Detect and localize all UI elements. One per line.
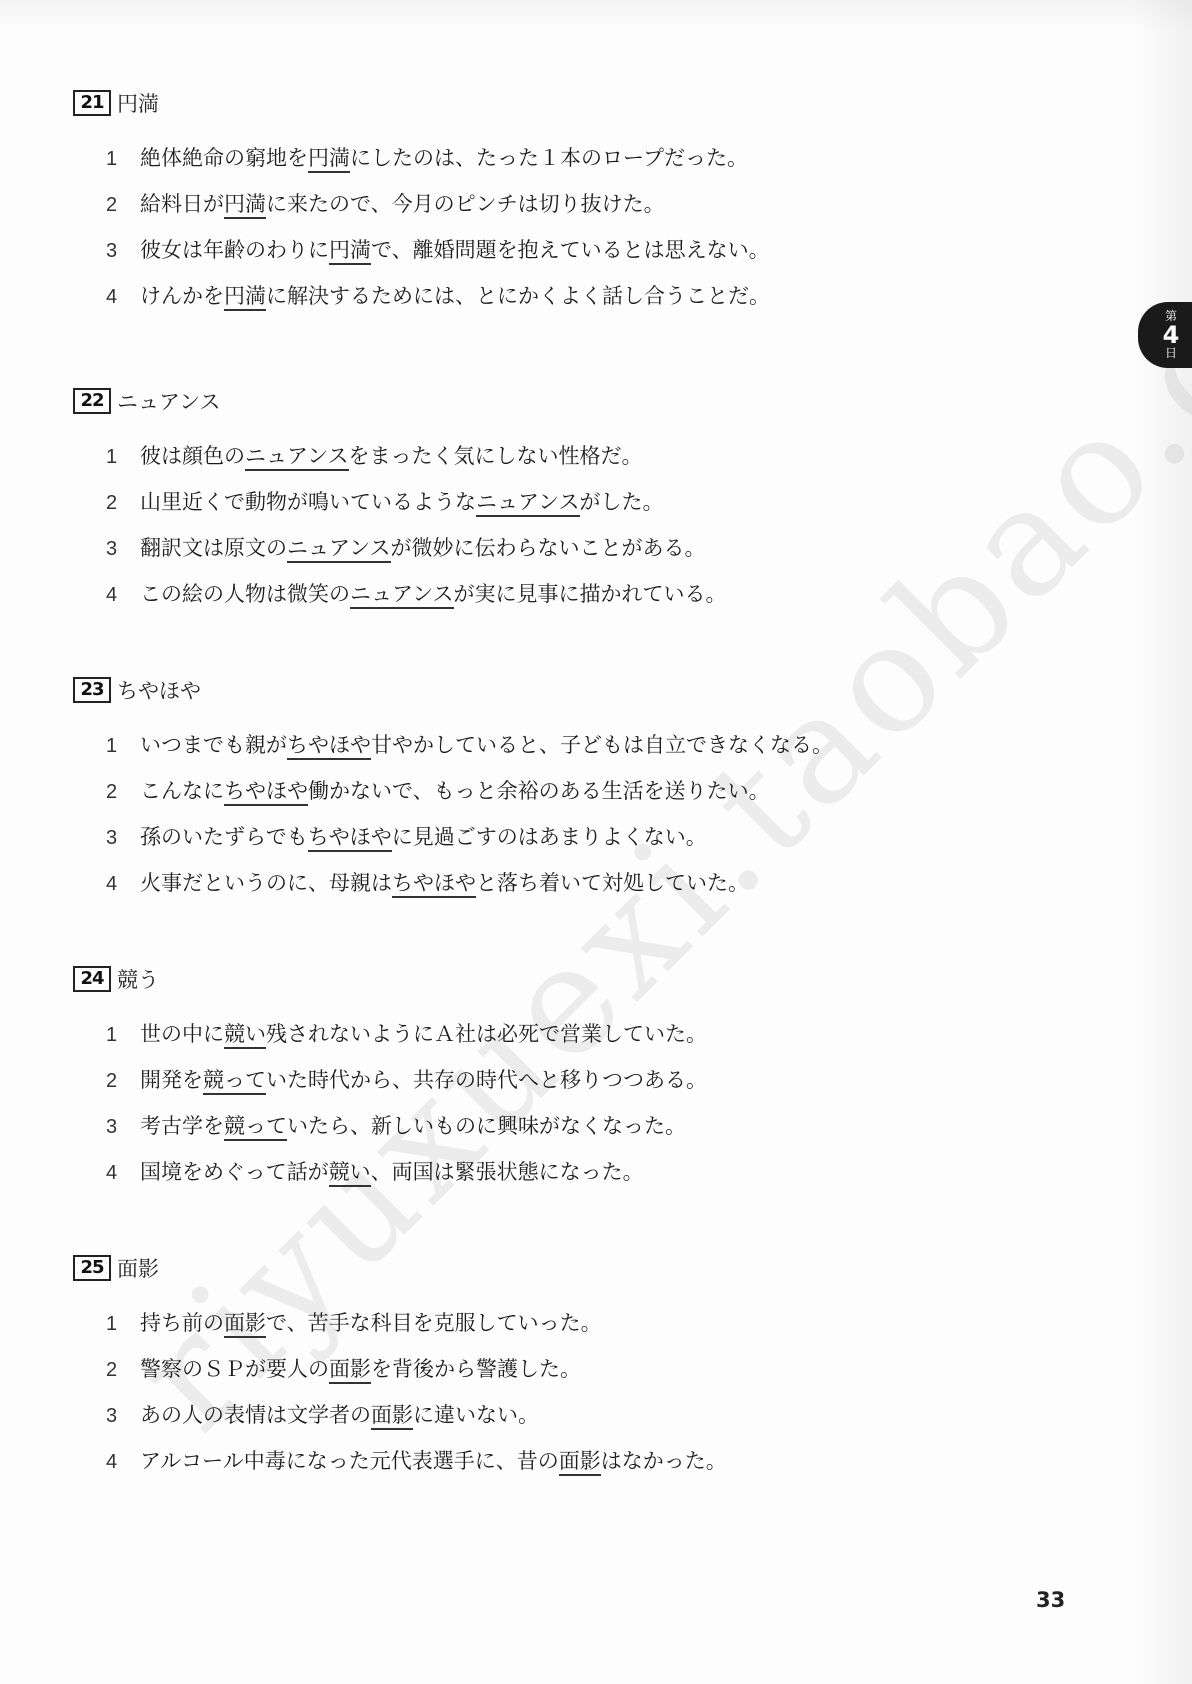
question-header: 24 競う — [73, 964, 1053, 994]
underlined-target: 競い — [329, 1160, 371, 1187]
option-item: 1 絶体絶命の窮地を円満にしたのは、たった１本のロープだった。 — [73, 142, 1053, 188]
option-number: 3 — [106, 1405, 140, 1428]
option-number: 2 — [106, 194, 140, 217]
option-text: 持ち前の面影で、苦手な科目を克服していった。 — [140, 1307, 602, 1337]
option-text: この絵の人物は微笑のニュアンスが実に見事に描かれている。 — [140, 578, 727, 608]
underlined-target: 競い — [224, 1022, 266, 1049]
option-number: 4 — [106, 286, 140, 309]
chapter-tab: 第 4 日 — [1138, 302, 1192, 368]
option-item: 2 山里近くで動物が鳴いているようなニュアンスがした。 — [73, 486, 1053, 532]
option-text: 世の中に競い残されないようにＡ社は必死で営業していた。 — [140, 1018, 707, 1048]
option-text: いつまでも親がちやほや甘やかしていると、子どもは自立できなくなる。 — [140, 729, 833, 759]
option-text: こんなにちやほや働かないで、もっと余裕のある生活を送りたい。 — [140, 775, 770, 805]
underlined-target: ニュアンス — [245, 444, 349, 471]
question-number-box: 22 — [73, 388, 111, 414]
option-text: 開発を競っていた時代から、共存の時代へと移りつつある。 — [140, 1064, 707, 1094]
option-number: 4 — [106, 1162, 140, 1185]
question-word: ちやほや — [117, 675, 201, 705]
option-item: 2 開発を競っていた時代から、共存の時代へと移りつつある。 — [73, 1064, 1053, 1110]
option-item: 3 彼女は年齢のわりに円満で、離婚問題を抱えているとは思えない。 — [73, 234, 1053, 280]
option-text: 給料日が円満に来たので、今月のピンチは切り抜けた。 — [140, 188, 665, 218]
question-23: 23 ちやほや 1 いつまでも親がちやほや甘やかしていると、子どもは自立できなく… — [73, 675, 1053, 913]
option-item: 4 この絵の人物は微笑のニュアンスが実に見事に描かれている。 — [73, 578, 1053, 624]
underlined-target: 競って — [224, 1114, 287, 1141]
option-number: 1 — [106, 1024, 140, 1047]
option-number: 2 — [106, 1070, 140, 1093]
option-item: 4 アルコール中毒になった元代表選手に、昔の面影はなかった。 — [73, 1445, 1053, 1491]
option-item: 3 あの人の表情は文学者の面影に違いない。 — [73, 1399, 1053, 1445]
option-item: 4 けんかを円満に解決するためには、とにかくよく話し合うことだ。 — [73, 280, 1053, 326]
option-item: 1 いつまでも親がちやほや甘やかしていると、子どもは自立できなくなる。 — [73, 729, 1053, 775]
option-text: 考古学を競っていたら、新しいものに興味がなくなった。 — [140, 1110, 686, 1140]
option-text: 彼は顔色のニュアンスをまったく気にしない性格だ。 — [140, 440, 643, 470]
option-text: 山里近くで動物が鳴いているようなニュアンスがした。 — [140, 486, 664, 516]
question-number-box: 24 — [73, 966, 111, 992]
option-text: 翻訳文は原文のニュアンスが微妙に伝わらないことがある。 — [140, 532, 706, 562]
question-word: ニュアンス — [117, 386, 221, 416]
option-text: 警察のＳＰが要人の面影を背後から警護した。 — [140, 1353, 581, 1383]
option-item: 3 翻訳文は原文のニュアンスが微妙に伝わらないことがある。 — [73, 532, 1053, 578]
chapter-tab-number: 4 — [1163, 323, 1180, 347]
option-number: 4 — [106, 584, 140, 607]
option-number: 2 — [106, 492, 140, 515]
option-number: 3 — [106, 240, 140, 263]
underlined-target: ニュアンス — [350, 582, 454, 609]
option-text: 国境をめぐって話が競い、両国は緊張状態になった。 — [140, 1156, 644, 1186]
question-header: 23 ちやほや — [73, 675, 1053, 705]
option-list: 1 持ち前の面影で、苦手な科目を克服していった。 2 警察のＳＰが要人の面影を背… — [73, 1307, 1053, 1491]
chapter-tab-suffix: 日 — [1165, 347, 1177, 360]
question-number-box: 25 — [73, 1255, 111, 1281]
underlined-target: 競って — [203, 1068, 266, 1095]
underlined-target: 円満 — [308, 146, 350, 173]
underlined-target: ニュアンス — [476, 490, 580, 517]
option-item: 3 考古学を競っていたら、新しいものに興味がなくなった。 — [73, 1110, 1053, 1156]
option-item: 2 給料日が円満に来たので、今月のピンチは切り抜けた。 — [73, 188, 1053, 234]
question-word: 面影 — [117, 1253, 159, 1283]
underlined-target: 面影 — [371, 1403, 413, 1430]
underlined-target: 円満 — [224, 284, 266, 311]
option-item: 1 世の中に競い残されないようにＡ社は必死で営業していた。 — [73, 1018, 1053, 1064]
question-word: 円満 — [117, 88, 159, 118]
option-number: 1 — [106, 1313, 140, 1336]
underlined-target: ちやほや — [224, 779, 308, 806]
underlined-target: 面影 — [559, 1449, 601, 1476]
option-item: 1 持ち前の面影で、苦手な科目を克服していった。 — [73, 1307, 1053, 1353]
option-number: 3 — [106, 827, 140, 850]
page-number: 33 — [1036, 1588, 1065, 1612]
question-21: 21 円満 1 絶体絶命の窮地を円満にしたのは、たった１本のロープだった。 2 … — [73, 88, 1053, 326]
option-list: 1 彼は顔色のニュアンスをまったく気にしない性格だ。 2 山里近くで動物が鳴いて… — [73, 440, 1053, 624]
option-list: 1 絶体絶命の窮地を円満にしたのは、たった１本のロープだった。 2 給料日が円満… — [73, 142, 1053, 326]
option-number: 1 — [106, 446, 140, 469]
option-number: 2 — [106, 781, 140, 804]
question-number-box: 21 — [73, 90, 111, 116]
option-text: 孫のいたずらでもちやほやに見過ごすのはあまりよくない。 — [140, 821, 707, 851]
option-text: けんかを円満に解決するためには、とにかくよく話し合うことだ。 — [140, 280, 770, 310]
option-item: 1 彼は顔色のニュアンスをまったく気にしない性格だ。 — [73, 440, 1053, 486]
option-item: 2 警察のＳＰが要人の面影を背後から警護した。 — [73, 1353, 1053, 1399]
underlined-target: 円満 — [329, 238, 371, 265]
option-item: 3 孫のいたずらでもちやほやに見過ごすのはあまりよくない。 — [73, 821, 1053, 867]
option-item: 2 こんなにちやほや働かないで、もっと余裕のある生活を送りたい。 — [73, 775, 1053, 821]
option-text: あの人の表情は文学者の面影に違いない。 — [140, 1399, 539, 1429]
question-24: 24 競う 1 世の中に競い残されないようにＡ社は必死で営業していた。 2 開発… — [73, 964, 1053, 1202]
underlined-target: 面影 — [329, 1357, 371, 1384]
option-number: 4 — [106, 1451, 140, 1474]
underlined-target: ちやほや — [287, 733, 371, 760]
question-25: 25 面影 1 持ち前の面影で、苦手な科目を克服していった。 2 警察のＳＰが要… — [73, 1253, 1053, 1491]
option-number: 3 — [106, 1116, 140, 1139]
option-item: 4 国境をめぐって話が競い、両国は緊張状態になった。 — [73, 1156, 1053, 1202]
option-item: 4 火事だというのに、母親はちやほやと落ち着いて対処していた。 — [73, 867, 1053, 913]
question-22: 22 ニュアンス 1 彼は顔色のニュアンスをまったく気にしない性格だ。 2 山里… — [73, 386, 1053, 624]
option-text: 彼女は年齢のわりに円満で、離婚問題を抱えているとは思えない。 — [140, 234, 770, 264]
underlined-target: ニュアンス — [287, 536, 391, 563]
option-number: 3 — [106, 538, 140, 561]
option-number: 4 — [106, 873, 140, 896]
option-list: 1 世の中に競い残されないようにＡ社は必死で営業していた。 2 開発を競っていた… — [73, 1018, 1053, 1202]
question-word: 競う — [117, 964, 159, 994]
underlined-target: ちやほや — [308, 825, 392, 852]
underlined-target: 面影 — [224, 1311, 266, 1338]
underlined-target: 円満 — [224, 192, 266, 219]
question-number-box: 23 — [73, 677, 111, 703]
option-text: 絶体絶命の窮地を円満にしたのは、たった１本のロープだった。 — [140, 142, 748, 172]
option-number: 1 — [106, 148, 140, 171]
question-header: 21 円満 — [73, 88, 1053, 118]
question-header: 25 面影 — [73, 1253, 1053, 1283]
question-header: 22 ニュアンス — [73, 386, 1053, 416]
option-number: 1 — [106, 735, 140, 758]
underlined-target: ちやほや — [392, 871, 476, 898]
option-text: アルコール中毒になった元代表選手に、昔の面影はなかった。 — [140, 1445, 727, 1475]
option-number: 2 — [106, 1359, 140, 1382]
option-text: 火事だというのに、母親はちやほやと落ち着いて対処していた。 — [140, 867, 749, 897]
option-list: 1 いつまでも親がちやほや甘やかしていると、子どもは自立できなくなる。 2 こん… — [73, 729, 1053, 913]
